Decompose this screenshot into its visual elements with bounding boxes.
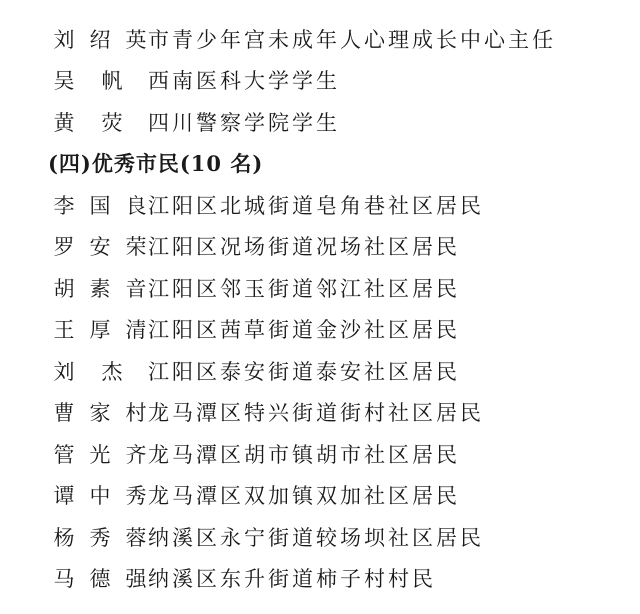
person-description: 四川警察学院学生 xyxy=(148,105,340,141)
person-name: 王 厚 清 xyxy=(52,312,148,348)
name-char: 马 xyxy=(52,561,76,597)
person-name: 罗 安 荣 xyxy=(52,229,148,265)
person-description: 江阳区况场街道况场社区居民 xyxy=(148,229,460,265)
person-name: 谭 中 秀 xyxy=(52,478,148,514)
name-char: 厚 xyxy=(88,312,112,348)
name-char: 国 xyxy=(88,188,112,224)
name-char: 家 xyxy=(88,395,112,431)
list-item: 刘 绍 英 市青少年宫未成年人心理成长中心主任 xyxy=(52,22,556,58)
list-item: 李 国 良 江阳区北城街道皂角巷社区居民 xyxy=(52,188,484,224)
person-name: 李 国 良 xyxy=(52,188,148,224)
person-description: 纳溪区东升街道柿子村村民 xyxy=(148,561,436,597)
person-description: 龙马潭区胡市镇胡市社区居民 xyxy=(148,437,460,473)
person-description: 市青少年宫未成年人心理成长中心主任 xyxy=(148,22,556,58)
name-char: 音 xyxy=(124,271,148,307)
name-char: 杰 xyxy=(100,354,124,390)
list-item: 马 德 强 纳溪区东升街道柿子村村民 xyxy=(52,561,436,597)
person-name: 刘 绍 英 xyxy=(52,22,148,58)
name-char: 素 xyxy=(88,271,112,307)
name-char: 德 xyxy=(88,561,112,597)
person-description: 江阳区茜草街道金沙社区居民 xyxy=(148,312,460,348)
person-name: 马 德 强 xyxy=(52,561,148,597)
name-char: 杨 xyxy=(52,520,76,556)
name-char: 秀 xyxy=(124,478,148,514)
name-char: 曹 xyxy=(52,395,76,431)
name-char: 蓉 xyxy=(124,520,148,556)
list-item: 吴 帆 西南医科大学学生 xyxy=(52,63,340,99)
person-name: 胡 素 音 xyxy=(52,271,148,307)
person-description: 西南医科大学学生 xyxy=(148,63,340,99)
list-item: 曹 家 村 龙马潭区特兴街道街村社区居民 xyxy=(52,395,484,431)
person-name: 刘 杰 xyxy=(52,354,124,390)
document-page: 刘 绍 英 市青少年宫未成年人心理成长中心主任 吴 帆 西南医科大学学生 黄 荧… xyxy=(0,0,640,614)
name-char: 刘 xyxy=(52,354,76,390)
person-name: 曹 家 村 xyxy=(52,395,148,431)
list-item: 管 光 齐 龙马潭区胡市镇胡市社区居民 xyxy=(52,437,460,473)
name-char: 荧 xyxy=(100,105,124,141)
name-char: 李 xyxy=(52,188,76,224)
name-char: 秀 xyxy=(88,520,112,556)
name-char: 英 xyxy=(124,22,148,58)
name-char: 中 xyxy=(88,478,112,514)
person-description: 江阳区邻玉街道邻江社区居民 xyxy=(148,271,460,307)
name-char: 谭 xyxy=(52,478,76,514)
name-char: 强 xyxy=(124,561,148,597)
person-name: 吴 帆 xyxy=(52,63,124,99)
name-char: 王 xyxy=(52,312,76,348)
name-char: 吴 xyxy=(52,63,76,99)
section-heading: (四)优秀市民(10 名) xyxy=(48,146,263,182)
name-char: 绍 xyxy=(88,22,112,58)
list-item: 胡 素 音 江阳区邻玉街道邻江社区居民 xyxy=(52,271,460,307)
person-description: 龙马潭区双加镇双加社区居民 xyxy=(148,478,460,514)
person-description: 纳溪区永宁街道较场坝社区居民 xyxy=(148,520,484,556)
name-char: 黄 xyxy=(52,105,76,141)
list-item: 刘 杰 江阳区泰安街道泰安社区居民 xyxy=(52,354,460,390)
name-char: 村 xyxy=(124,395,148,431)
list-item: 王 厚 清 江阳区茜草街道金沙社区居民 xyxy=(52,312,460,348)
person-name: 管 光 齐 xyxy=(52,437,148,473)
list-item: 罗 安 荣 江阳区况场街道况场社区居民 xyxy=(52,229,460,265)
list-item: 黄 荧 四川警察学院学生 xyxy=(52,105,340,141)
name-char: 安 xyxy=(88,229,112,265)
name-char: 齐 xyxy=(124,437,148,473)
list-item: 谭 中 秀 龙马潭区双加镇双加社区居民 xyxy=(52,478,460,514)
name-char: 清 xyxy=(124,312,148,348)
person-name: 杨 秀 蓉 xyxy=(52,520,148,556)
name-char: 胡 xyxy=(52,271,76,307)
list-item: 杨 秀 蓉 纳溪区永宁街道较场坝社区居民 xyxy=(52,520,484,556)
name-char: 良 xyxy=(124,188,148,224)
name-char: 管 xyxy=(52,437,76,473)
person-description: 江阳区泰安街道泰安社区居民 xyxy=(148,354,460,390)
name-char: 光 xyxy=(88,437,112,473)
name-char: 荣 xyxy=(124,229,148,265)
person-description: 江阳区北城街道皂角巷社区居民 xyxy=(148,188,484,224)
person-description: 龙马潭区特兴街道街村社区居民 xyxy=(148,395,484,431)
name-char: 刘 xyxy=(52,22,76,58)
name-char: 罗 xyxy=(52,229,76,265)
name-char: 帆 xyxy=(100,63,124,99)
person-name: 黄 荧 xyxy=(52,105,124,141)
